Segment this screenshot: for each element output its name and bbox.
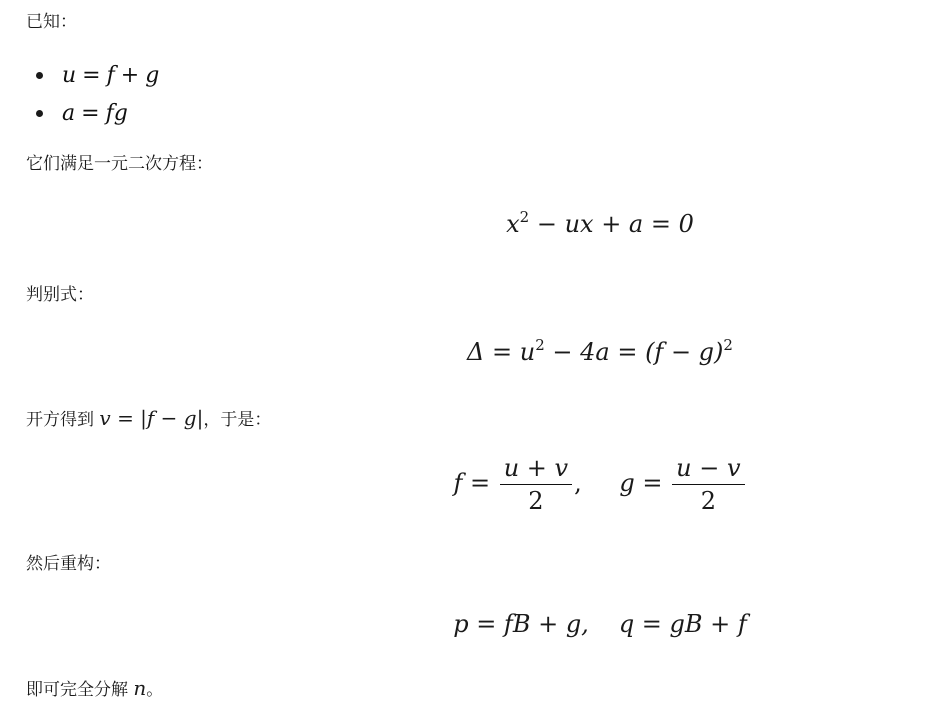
- inline-math-n: n: [133, 676, 146, 700]
- list-item: a=fg: [36, 94, 159, 132]
- bullet-icon: [36, 72, 43, 79]
- pq-equation: p = fB + g,q = gB + f: [0, 610, 937, 638]
- quadratic-intro: 它们满足一元二次方程：: [26, 152, 213, 176]
- fg-equation: f = u + v2, g = u − v2: [0, 454, 937, 515]
- definitions-list: u=f+g a=fg: [36, 56, 159, 132]
- fraction-f: u + v2: [500, 454, 572, 515]
- definition-u: u=f+g: [62, 63, 159, 88]
- definition-a: a=fg: [62, 101, 128, 126]
- quadratic-equation: x2 − ux + a = 0: [0, 208, 937, 238]
- bullet-icon: [36, 110, 43, 117]
- list-item: u=f+g: [36, 56, 159, 94]
- inline-math-v: v = |f − g|: [99, 406, 203, 430]
- discriminant-equation: Δ = u2 − 4a = (f − g)2: [0, 336, 937, 366]
- reconstruct-intro: 然后重构：: [26, 552, 111, 576]
- fraction-g: u − v2: [672, 454, 744, 515]
- sqrt-intro: 开方得到 v = |f − g|，于是：: [26, 406, 271, 432]
- final-statement: 即可完全分解 n。: [26, 676, 163, 702]
- discriminant-intro: 判别式：: [26, 283, 94, 307]
- known-heading: 已知：: [26, 10, 77, 34]
